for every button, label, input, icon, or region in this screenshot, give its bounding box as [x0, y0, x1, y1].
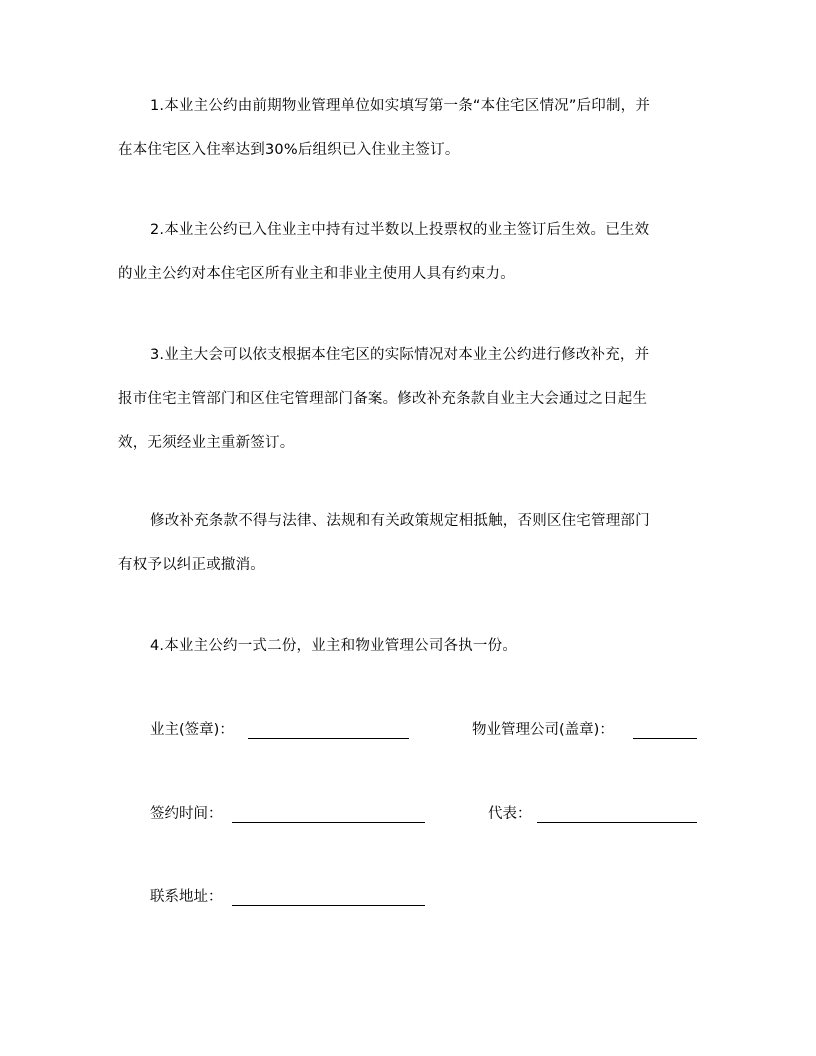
clause-4-paragraph: 4.本业主公约一式二份，业主和物业管理公司各执一份。: [118, 624, 698, 668]
clause-3-paragraph: 3.业主大会可以依支根据本住宅区的实际情况对本业主公约进行修改补充，并 报市住宅…: [118, 333, 698, 465]
address-label: 联系地址：: [150, 885, 223, 909]
sign-date-field[interactable]: [232, 822, 425, 823]
representative-field[interactable]: [537, 822, 697, 823]
paragraph-line: 的业主公约对本住宅区所有业主和非业主使用人具有约束力。: [118, 252, 698, 296]
sign-date-label: 签约时间：: [150, 802, 223, 826]
signature-row-owner-company: 业主(签章)： 物业管理公司(盖章)：: [0, 718, 816, 742]
owner-signature-label: 业主(签章)：: [150, 718, 234, 742]
paragraph-line: 在本住宅区入住率达到30%后组织已入住业主签订。: [118, 128, 698, 172]
company-seal-field[interactable]: [633, 738, 697, 739]
address-field[interactable]: [232, 905, 425, 906]
paragraph-line: 2.本业主公约已入住业主中持有过半数以上投票权的业主签订后生效。已生效: [118, 208, 698, 252]
owner-signature-field[interactable]: [248, 738, 409, 739]
paragraph-line: 报市住宅主管部门和区住宅管理部门备案。修改补充条款自业主大会通过之日起生: [118, 377, 698, 421]
paragraph-line: 4.本业主公约一式二份，业主和物业管理公司各执一份。: [118, 624, 698, 668]
paragraph-line: 修改补充条款不得与法律、法规和有关政策规定相抵触，否则区住宅管理部门: [118, 499, 698, 543]
paragraph-line: 3.业主大会可以依支根据本住宅区的实际情况对本业主公约进行修改补充，并: [118, 333, 698, 377]
paragraph-line: 效，无须经业主重新签订。: [118, 421, 698, 465]
signature-row-address: 联系地址：: [0, 885, 816, 909]
signature-row-date-representative: 签约时间： 代表：: [0, 802, 816, 826]
clause-3-note-paragraph: 修改补充条款不得与法律、法规和有关政策规定相抵触，否则区住宅管理部门 有权予以纠…: [118, 499, 698, 587]
representative-label: 代表：: [488, 802, 532, 826]
clause-2-paragraph: 2.本业主公约已入住业主中持有过半数以上投票权的业主签订后生效。已生效 的业主公…: [118, 208, 698, 296]
paragraph-line: 有权予以纠正或撤消。: [118, 543, 698, 587]
document-page: 1.本业主公约由前期物业管理单位如实填写第一条“本住宅区情况”后印制，并 在本住…: [0, 0, 816, 1056]
clause-1-paragraph: 1.本业主公约由前期物业管理单位如实填写第一条“本住宅区情况”后印制，并 在本住…: [118, 84, 698, 172]
paragraph-line: 1.本业主公约由前期物业管理单位如实填写第一条“本住宅区情况”后印制，并: [118, 84, 698, 128]
company-seal-label: 物业管理公司(盖章)：: [472, 718, 614, 742]
